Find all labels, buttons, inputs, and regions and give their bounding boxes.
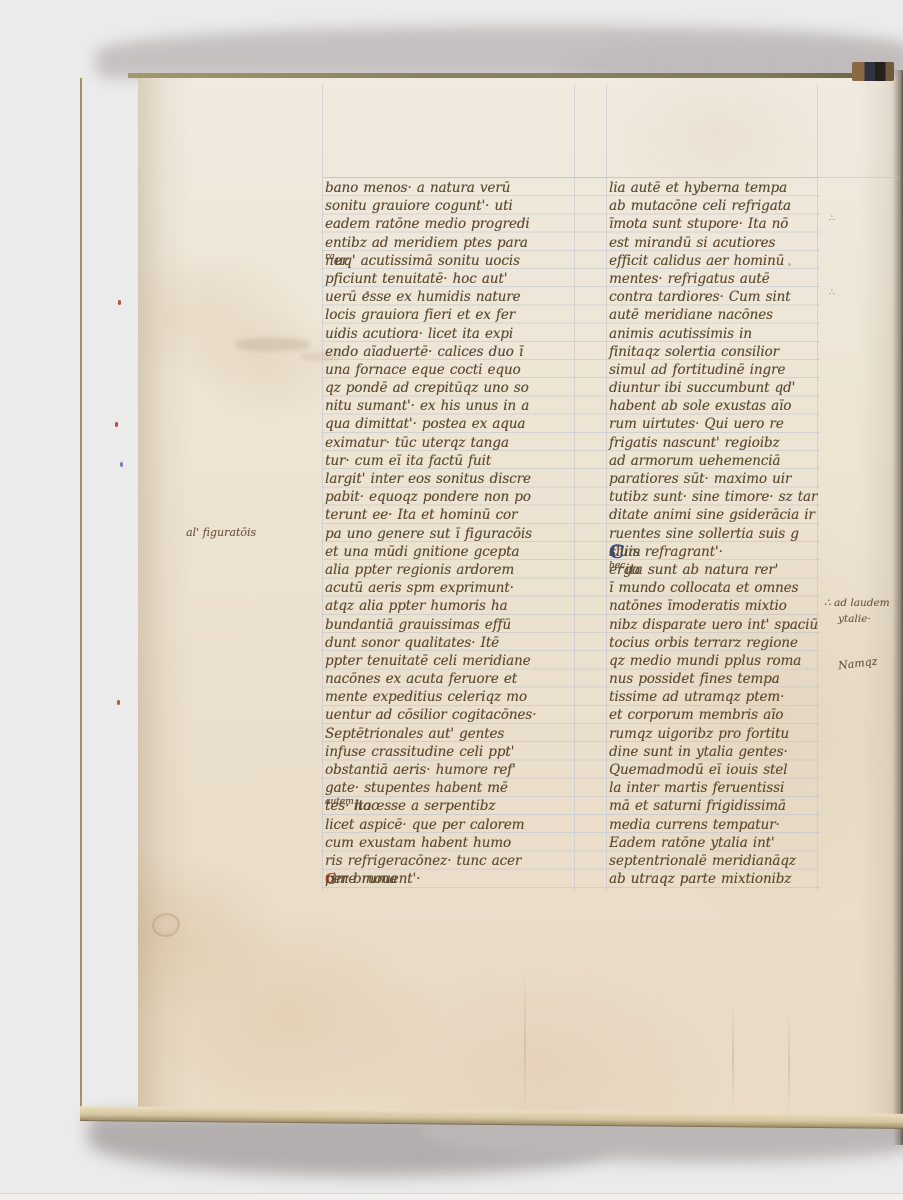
text-line: rime mouent'· C per bruma — [325, 870, 577, 888]
text-line: rum uirtutes· Qui uero re — [609, 415, 839, 433]
text-line: acutū aeris spm exprimunt· — [325, 579, 577, 597]
text-line: nitu sumant'· ex his unus in a — [325, 397, 577, 415]
text-line: infuse crassitudine celi ppt' — [325, 743, 577, 761]
text-line: natōnes īmoderatis mixtio — [609, 597, 839, 615]
stacked-page-edges — [80, 78, 144, 1118]
page-right-edge-shade — [893, 70, 903, 1145]
text-line: nibz disparate uero int' spaciū — [609, 616, 839, 634]
text-line: mente expeditius celeriqz mo — [325, 688, 577, 706]
text-line: tutibz sunt· sine timore· sz tar — [609, 488, 839, 506]
ruling-vertical-line — [606, 84, 607, 891]
edge-fleck — [120, 462, 123, 467]
backdrop-seam — [0, 1193, 903, 1200]
text-line: et una mūdi gnitione gcepta — [325, 543, 577, 561]
text-line: tur· cum eī ita factū fuit — [325, 452, 577, 470]
page-top-edge — [128, 73, 870, 78]
text-line: Eadem ratōne ytalia int' — [609, 834, 839, 852]
text-line: terunt ee· Ita et hominū cor — [325, 506, 577, 524]
text-line: uidis acutiora· licet ita expi — [325, 325, 577, 343]
ruling-vertical-line — [322, 84, 323, 891]
text-line: simul ad fortitudinē ingre — [609, 361, 839, 379]
text-run: autem — [325, 797, 354, 807]
text-line: ppter tenuitatē celi meridiane — [325, 652, 577, 670]
edge-fleck — [118, 300, 121, 305]
text-line: eximatur· tūc uterqz tanga — [325, 434, 577, 452]
text-line: ris refrigeracōnez· tunc acer — [325, 852, 577, 870]
ruling-through-line — [322, 177, 900, 178]
text-line: bundantiā grauissimas effū — [325, 616, 577, 634]
text-run: hec — [609, 561, 625, 571]
text-line: rumqz uigoribz pro fortitu — [609, 725, 839, 743]
text-line: mentes· refrigatus autē — [609, 270, 839, 288]
text-line: entibz ad meridiem ptes para — [325, 234, 577, 252]
text-line: pabit· equoqz pondere non po — [325, 488, 577, 506]
text-line: finitaqz solertia consilior — [609, 343, 839, 361]
margin-tie-mark: ∴ — [829, 288, 835, 298]
text-line: efficit calidus aer hominū — [609, 252, 839, 270]
text-line: largit' inter eos sonitus discre — [325, 470, 577, 488]
text-line: ergo hec ita sunt ab natura rer' — [609, 561, 839, 579]
text-line: septentrionalē meridianāqz — [609, 852, 839, 870]
text-line: et corporum membris aīo — [609, 706, 839, 724]
text-line: nacōnes ex acuta feruore et — [325, 670, 577, 688]
text-line: Quemadmodū eī iouis stel — [609, 761, 839, 779]
text-run: ita esse a serpentibz — [354, 797, 496, 815]
text-column-2: lia autē et hyberna tempaab mutacōne cel… — [609, 179, 839, 888]
text-line: gate· stupentes habent mē — [325, 779, 577, 797]
text-line: cum exustam habent humo — [325, 834, 577, 852]
text-line: alia ppter regionis ardorem — [325, 561, 577, 579]
text-run: ra — [325, 252, 335, 262]
parchment-crease — [788, 1010, 790, 1115]
text-line: pficiunt tenuitatē· hoc aut' — [325, 270, 577, 288]
margin-note-ad-laudem: ytalie· — [838, 613, 871, 625]
text-line: animis acutissimis in — [609, 325, 839, 343]
text-line: atqz alia ppter humoris ha — [325, 597, 577, 615]
text-line: ab mutacōne celi refrigata — [609, 197, 839, 215]
text-line: obstantiā aeris· humore ref' — [325, 761, 577, 779]
text-line: dine sunt in ytalia gentes· — [609, 743, 839, 761]
text-line: siliis refragrant'· C Cum — [609, 543, 839, 561]
text-line: tocius orbis terrarz regione — [609, 634, 839, 652]
text-line: uerū esse ex humidis nature — [325, 288, 577, 306]
text-line: tissime ad utramqz ptem· — [609, 688, 839, 706]
text-line: habent ab sole exustas aīo — [609, 397, 839, 415]
text-line: endo aīaduertē· calices duo ī — [325, 343, 577, 361]
text-line: ad armorum uehemenciā — [609, 452, 839, 470]
text-line: diuntur ibi succumbunt qd' — [609, 379, 839, 397]
edge-fleck — [117, 700, 120, 705]
text-column-1: bano menos· a natura verūsonitu grauiore… — [325, 179, 577, 888]
parchment-crease — [524, 970, 526, 1115]
margin-note-ad-laudem: ∴ ad laudem — [824, 597, 890, 609]
text-run: ita sunt ab natura rer' — [625, 561, 778, 579]
text-run: per bruma — [325, 870, 397, 888]
text-line: est mirandū si acutiores — [609, 234, 839, 252]
text-line: eadem ratōne medio progredi — [325, 215, 577, 233]
text-line: sonitu grauiore cogunt'· uti — [325, 197, 577, 215]
text-line: locis grauiora fieri et ex fer — [325, 306, 577, 324]
text-line: media currens tempatur· — [609, 816, 839, 834]
text-line: tes· hoc autem ita esse a serpentibz — [325, 797, 577, 815]
text-run: Cum — [609, 543, 641, 561]
text-line: ī mundo collocata et omnes — [609, 579, 839, 597]
text-line: īmota sunt stupore· Ita nō — [609, 215, 839, 233]
show-through-smudge — [236, 338, 310, 351]
text-line: nus possidet fines tempa — [609, 670, 839, 688]
text-run: uq' acutissimā sonitu uocis — [335, 252, 520, 270]
text-line: licet aspicē· que per calorem — [325, 816, 577, 834]
text-line: mā et saturni frigidissimā — [609, 797, 839, 815]
margin-note-left: al' figuratōis — [186, 526, 256, 539]
text-line: uentur ad cōsilior cogitacōnes· — [325, 706, 577, 724]
text-line: paratiores sūt· maximo uir — [609, 470, 839, 488]
text-line: ditate animi sine gsiderācia ir — [609, 506, 839, 524]
text-line: autē meridiane nacōnes — [609, 306, 839, 324]
margin-tie-mark: ∴ — [829, 214, 835, 224]
text-line: Septētrionales aut' gentes — [325, 725, 577, 743]
text-line: dunt sonor qualitates· Itē — [325, 634, 577, 652]
text-line: contra tardiores· Cum sint — [609, 288, 839, 306]
binding-headband — [852, 62, 894, 81]
text-line: bano menos· a natura verū — [325, 179, 577, 197]
text-line: ruentes sine sollertia suis g — [609, 525, 839, 543]
edge-fleck — [115, 422, 118, 427]
text-line: qz pondē ad crepitūqz uno so — [325, 379, 577, 397]
text-line: ab utraqz parte mixtionibz — [609, 870, 839, 888]
parchment-crease — [732, 1000, 734, 1115]
text-line: frigatis nascunt' regioibz — [609, 434, 839, 452]
text-line: nerrauq' acutissimā sonitu uocis — [325, 252, 577, 270]
text-line: pa uno genere sut ī figuracōis — [325, 525, 577, 543]
text-line: lia autē et hyberna tempa — [609, 179, 839, 197]
text-line: la inter martis feruentissi — [609, 779, 839, 797]
text-line: una fornace eque cocti equo — [325, 361, 577, 379]
text-line: qua dimittat'· postea ex aqua — [325, 415, 577, 433]
manuscript-photograph: bano menos· a natura verūsonitu grauiore… — [0, 0, 903, 1200]
text-line: qz medio mundi pplus roma — [609, 652, 839, 670]
